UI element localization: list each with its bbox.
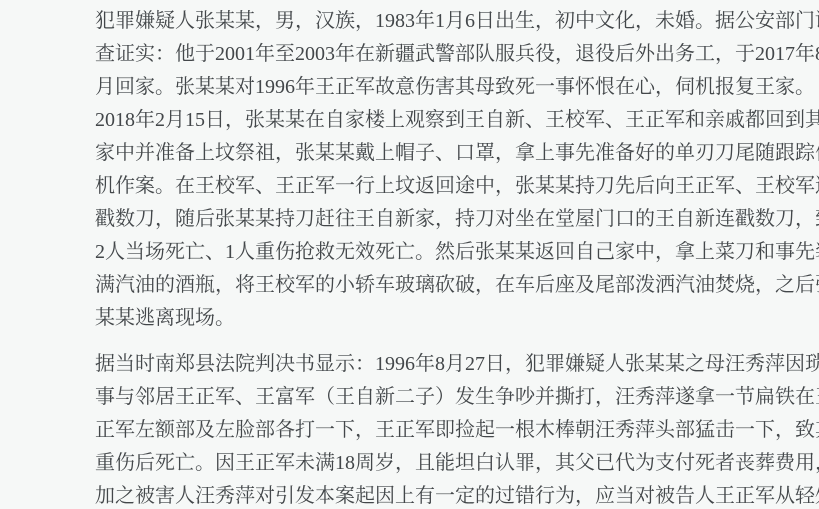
- text-line: 查证实：他于2001年至2003年在新疆武警部队服兵役，退役后外出务工，于201…: [95, 38, 762, 71]
- text-line: 某某逃离现场。: [95, 302, 762, 335]
- text-line: 重伤后死亡。因王正军未满18周岁，且能坦白认罪，其父已代为支付死者丧葬费用，: [95, 447, 762, 480]
- text-line: 2人当场死亡、1人重伤抢救无效死亡。然后张某某返回自己家中，拿上菜刀和事先装: [95, 236, 762, 269]
- text-line: 加之被害人汪秀萍对引发本案起因上有一定的过错行为，应当对被告人王正军从轻处: [95, 480, 762, 509]
- text-line: 据当时南郑县法院判决书显示：1996年8月27日，犯罪嫌疑人张某某之母汪秀萍因琐: [95, 348, 762, 381]
- article-body: 犯罪嫌疑人张某某，男，汉族，1983年1月6日出生，初中文化，未婚。据公安部门调…: [95, 5, 762, 509]
- paragraph-1: 犯罪嫌疑人张某某，男，汉族，1983年1月6日出生，初中文化，未婚。据公安部门调…: [95, 5, 762, 335]
- text-line: 事与邻居王正军、王富军（王自新二子）发生争吵并撕打，汪秀萍遂拿一节扁铁在王: [95, 381, 762, 414]
- text-line: 月回家。张某某对1996年王正军故意伤害其母致死一事怀恨在心，伺机报复王家。: [95, 71, 762, 104]
- text-line: 家中并准备上坟祭祖，张某某戴上帽子、口罩，拿上事先准备好的单刃刀尾随跟踪伺: [95, 137, 762, 170]
- text-line: 机作案。在王校军、王正军一行上坟返回途中，张某某持刀先后向王正军、王校军连: [95, 170, 762, 203]
- text-line: 犯罪嫌疑人张某某，男，汉族，1983年1月6日出生，初中文化，未婚。据公安部门调: [95, 5, 762, 38]
- text-line: 戳数刀，随后张某某持刀赶往王自新家，持刀对坐在堂屋门口的王自新连戳数刀，致: [95, 203, 762, 236]
- text-line: 满汽油的酒瓶，将王校军的小轿车玻璃砍破，在车后座及尾部泼洒汽油焚烧，之后张: [95, 269, 762, 302]
- paragraph-2: 据当时南郑县法院判决书显示：1996年8月27日，犯罪嫌疑人张某某之母汪秀萍因琐…: [95, 348, 762, 509]
- text-line: 正军左额部及左脸部各打一下，王正军即捡起一根木棒朝汪秀萍头部猛击一下，致其: [95, 414, 762, 447]
- text-line: 2018年2月15日，张某某在自家楼上观察到王自新、王校军、王正军和亲戚都回到其: [95, 104, 762, 137]
